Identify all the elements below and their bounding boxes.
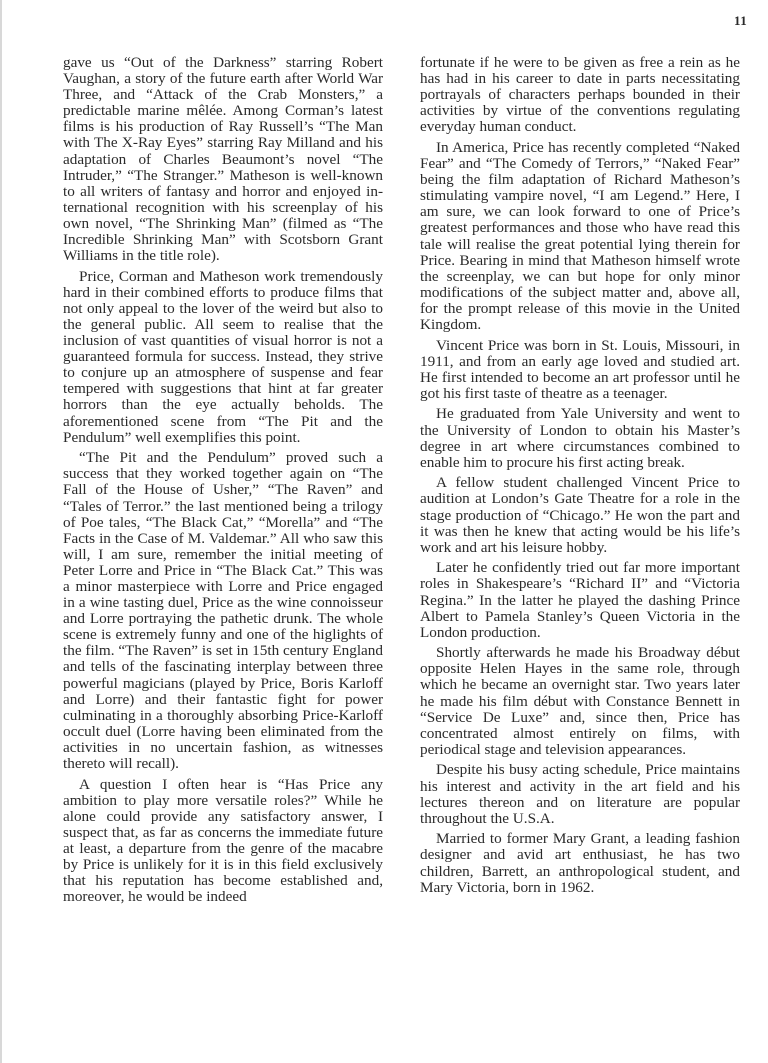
paragraph: Vincent Price was born in St. Louis, Mis… <box>420 338 740 402</box>
paragraph: fortunate if he were to be given as free… <box>420 55 740 135</box>
paragraph: Married to former Mary Grant, a leading … <box>420 831 740 895</box>
left-column: gave us “Out of the Darkness” starring R… <box>63 55 383 910</box>
paragraph: “The Pit and the Pendulum” proved such a… <box>63 450 383 772</box>
paragraph: He graduated from Yale University and we… <box>420 406 740 470</box>
paragraph: gave us “Out of the Darkness” starring R… <box>63 55 383 264</box>
paragraph: Despite his busy acting schedule, Price … <box>420 762 740 826</box>
paragraph: In America, Price has recently completed… <box>420 140 740 333</box>
paragraph: A fellow student challenged Vincent Pric… <box>420 475 740 555</box>
paragraph: Later he confidently tried out far more … <box>420 560 740 640</box>
page-number: 11 <box>734 13 747 29</box>
right-column: fortunate if he were to be given as free… <box>420 55 740 900</box>
paragraph: Shortly afterwards he made his Broadway … <box>420 645 740 758</box>
paragraph: Price, Corman and Matheson work tremend­… <box>63 269 383 446</box>
paragraph: A question I often hear is “Has Price an… <box>63 777 383 906</box>
